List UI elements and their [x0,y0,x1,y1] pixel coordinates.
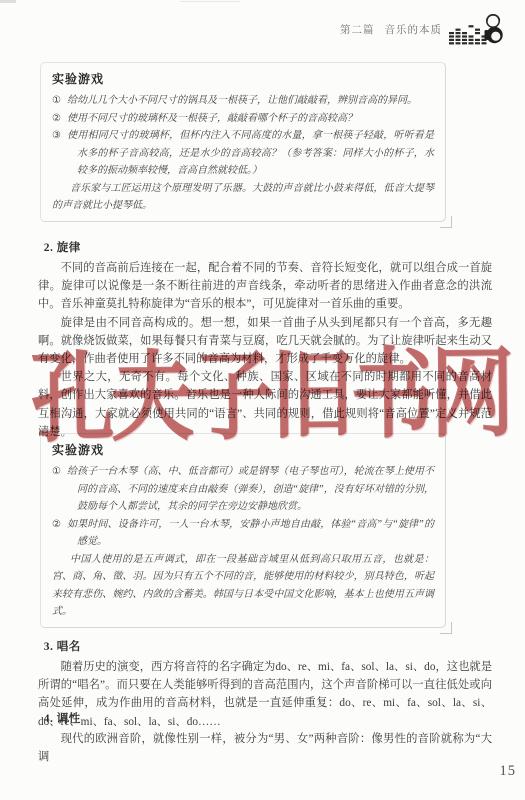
scan-artifact [0,0,16,3]
body-paragraph: 世界之大，无奇不有。每个文化、种族、国家、区域在不同的时期都用不同的音高材料，创… [38,368,492,441]
section-heading: 2. 旋律 [38,239,492,255]
section-heading: 4. 调性 [38,710,492,726]
chapter-title: 音乐的本质 [385,25,443,36]
item-number: ② [52,519,61,530]
item-number: ② [52,113,61,124]
experiment-box-note: 音乐家与工匠运用这个原理发明了乐器。大鼓的声音就比小鼓来得低，低音大提琴的声音就… [52,180,434,215]
music-equalizer-headphones-icon [449,12,503,48]
item-text: 如果时间、设备许可，一人一台木琴，安静小声地自由敲，体验“音高”与“旋律”的感觉… [67,519,434,548]
experiment-box-title: 实验游戏 [52,441,434,458]
scan-artifact [180,1,240,2]
experiment-item-1: ①给孩子一台木琴（高、中、低音都可）或是钢琴（电子琴也可），轮流在琴上使用不同的… [52,463,434,516]
experiment-item-2: ②使用不同尺寸的玻璃杯及一根筷子，敲敲看哪个杯子的音高较高？ [52,110,434,128]
experiment-box-1: 实验游戏 ①给幼儿几个大小不同尺寸的锅具及一根筷子，让他们敲敲看，辨别音高的异同… [40,62,446,222]
experiment-box-note: 中国人使用的是五声调式，即在一段基础音域里从低到高只取用五音，也就是：宫、商、角… [52,551,434,621]
experiment-box-title: 实验游戏 [52,70,434,87]
page-header: 第二篇音乐的本质 [340,12,503,48]
item-text: 给幼儿几个大小不同尺寸的锅具及一根筷子，让他们敲敲看，辨别音高的异同。 [67,95,417,106]
book-page: 第二篇音乐的本质 实验游戏 ①给幼儿几个大小不同尺寸的锅具及一根筷子，让他们敲敲 [0,0,525,800]
section-heading: 3. 唱名 [38,638,492,654]
experiment-item-3: ③使用相同尺寸的玻璃杯，但杯内注入不同高度的水量，拿一根筷子轻敲，听听看是水多的… [52,127,434,180]
experiment-item-1: ①给幼儿几个大小不同尺寸的锅具及一根筷子，让他们敲敲看，辨别音高的异同。 [52,92,434,110]
experiment-item-2: ②如果时间、设备许可，一人一台木琴，安静小声地自由敲，体验“音高”与“旋律”的感… [52,516,434,551]
experiment-box-2: 实验游戏 ①给孩子一台木琴（高、中、低音都可）或是钢琴（电子琴也可），轮流在琴上… [40,433,446,628]
chapter-label: 第二篇 [340,25,375,36]
body-paragraph: 旋律是由不同音高构成的。想一想，如果一首曲子从头到尾都只有一个音高，多无趣啊。就… [38,314,492,369]
item-text: 给孩子一台木琴（高、中、低音都可）或是钢琴（电子琴也可），轮流在琴上使用不同的音… [67,466,434,512]
section-melody: 2. 旋律 不同的音高前后连接在一起，配合着不同的节奏、音符长短变化，就可以组合… [38,239,492,441]
item-number: ① [52,466,61,477]
running-head: 第二篇音乐的本质 [340,22,442,39]
page-number: 15 [500,763,517,780]
item-number: ③ [52,130,61,141]
item-text: 使用不同尺寸的玻璃杯及一根筷子，敲敲看哪个杯子的音高较高？ [67,113,357,124]
body-paragraph: 不同的音高前后连接在一起，配合着不同的节奏、音符长短变化，就可以组合成一首旋律。… [38,259,492,314]
item-text: 使用相同尺寸的玻璃杯，但杯内注入不同高度的水量，拿一根筷子轻敲，听听看是水多的杯… [67,130,434,176]
item-number: ① [52,95,61,106]
body-paragraph: 现代的欧洲音阶，就像性别一样，被分为“男、女”两种音阶：像男性的音阶就称为“大调 [38,730,492,766]
section-tonality: 4. 调性 现代的欧洲音阶，就像性别一样，被分为“男、女”两种音阶：像男性的音阶… [38,710,492,766]
